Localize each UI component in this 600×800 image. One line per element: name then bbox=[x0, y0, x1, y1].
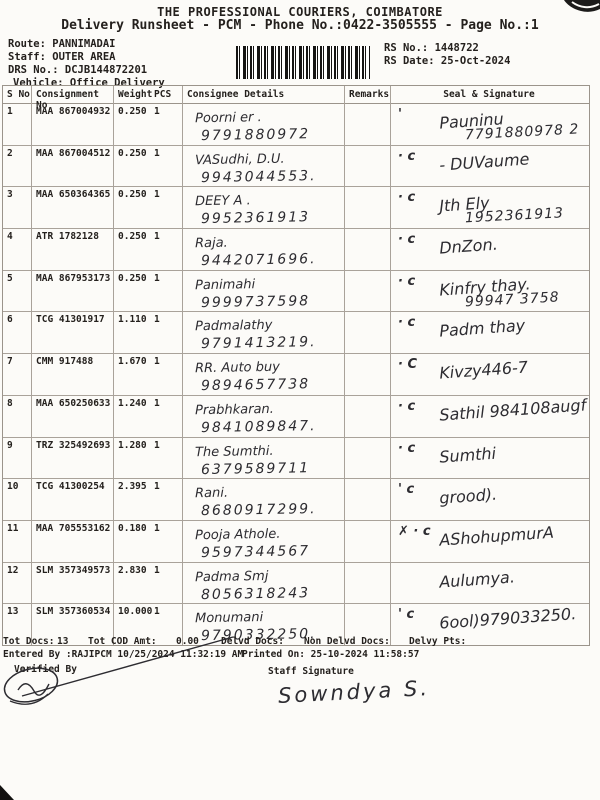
cell-sno: 9 bbox=[3, 438, 32, 479]
cell-sno: 1 bbox=[3, 104, 32, 145]
cell-seal-signature: ✗ · c AShohupmurA bbox=[391, 521, 587, 562]
cell-weight: 0.180 bbox=[114, 521, 150, 562]
cell-consignment: CMM 917488 bbox=[32, 354, 114, 395]
verified-by-tail-scribble bbox=[10, 694, 48, 704]
staff-line: Staff: OUTER AREA bbox=[8, 51, 115, 63]
staff-value: OUTER AREA bbox=[52, 51, 115, 63]
consignee-phone-handwriting: 9597344567 bbox=[187, 541, 344, 562]
table-row: 1 MAA 867004932 0.250 1 Poorni er . 9791… bbox=[3, 104, 589, 145]
cell-sno: 12 bbox=[3, 563, 32, 604]
cell-weight: 2.395 bbox=[114, 479, 150, 520]
cell-remarks bbox=[345, 563, 391, 604]
consignee-name-handwriting: Panimahi bbox=[187, 271, 344, 293]
staff-signature-label: Staff Signature bbox=[268, 666, 354, 677]
delvd-docs-label: Delvd Docs: bbox=[221, 636, 284, 647]
consignee-phone-handwriting: 6379589711 bbox=[187, 457, 344, 478]
cell-consignment: TRZ 325492693 bbox=[32, 438, 114, 479]
cell-consignment: SLM 357349573 bbox=[32, 563, 114, 604]
consignee-phone-handwriting: 9894657738 bbox=[187, 374, 344, 395]
cell-consignee: RR. Auto buy 9894657738 bbox=[183, 354, 345, 395]
cell-remarks bbox=[345, 146, 391, 187]
staff-signature-handwriting: Sowndya S. bbox=[277, 676, 430, 708]
cell-consignee: DEEY A . 9952361913 bbox=[183, 187, 345, 228]
consignee-name-handwriting: Prabhkaran. bbox=[187, 396, 344, 418]
cell-consignment: MAA 650250633 bbox=[32, 396, 114, 437]
cod-value: 0.00 bbox=[176, 636, 199, 647]
signature-handwriting: Kivzy446-7 bbox=[395, 349, 588, 383]
cell-consignee: The Sumthi. 6379589711 bbox=[183, 438, 345, 479]
table-row: 4 ATR 1782128 0.250 1 Raja. 9442071696. … bbox=[3, 228, 589, 270]
cell-consignee: Poorni er . 9791880972 bbox=[183, 104, 345, 145]
cell-sno: 2 bbox=[3, 146, 32, 187]
consignee-phone-handwriting: 9791880972 bbox=[187, 124, 344, 145]
cell-seal-signature: ' Pauninu 7791880978 2 bbox=[391, 104, 587, 145]
cell-consignee: Pooja Athole. 9597344567 bbox=[183, 521, 345, 562]
table-row: 10 TCG 41300254 2.395 1 Rani. 8680917299… bbox=[3, 478, 589, 520]
verified-by-label: Verified By bbox=[14, 664, 77, 675]
cell-remarks bbox=[345, 479, 391, 520]
table-row: 9 TRZ 325492693 1.280 1 The Sumthi. 6379… bbox=[3, 437, 589, 479]
cell-sno: 7 bbox=[3, 354, 32, 395]
drs-line: DRS No.: DCJB144872201 bbox=[8, 64, 147, 76]
cell-seal-signature: · c Sathil 984108augf bbox=[391, 396, 587, 437]
cell-consignment: MAA 650364365 bbox=[32, 187, 114, 228]
consignee-phone-handwriting: 9841089847. bbox=[187, 415, 344, 436]
signature-handwriting: DnZon. bbox=[395, 224, 588, 258]
rs-no-label: RS No.: bbox=[384, 42, 428, 54]
cell-sno: 6 bbox=[3, 312, 32, 353]
printed-on-line: Printed On: 25-10-2024 11:58:57 bbox=[242, 649, 419, 660]
cell-seal-signature: Aulumya. bbox=[391, 563, 587, 604]
runsheet-table: S No Consignment No Weight PCS Consignee… bbox=[2, 85, 590, 646]
cell-pcs: 1 bbox=[150, 229, 183, 270]
cell-pcs: 1 bbox=[150, 479, 183, 520]
staff-label: Staff: bbox=[8, 51, 46, 63]
tot-docs-value: 13 bbox=[57, 636, 68, 647]
cell-seal-signature: · c - DUVaume bbox=[391, 146, 587, 187]
cell-consignment: TCG 41301917 bbox=[32, 312, 114, 353]
cell-remarks bbox=[345, 438, 391, 479]
cell-sno: 4 bbox=[3, 229, 32, 270]
cell-weight: 1.670 bbox=[114, 354, 150, 395]
cell-consignee: Raja. 9442071696. bbox=[183, 229, 345, 270]
table-body: 1 MAA 867004932 0.250 1 Poorni er . 9791… bbox=[3, 104, 589, 645]
cell-pcs: 1 bbox=[150, 521, 183, 562]
cell-pcs: 1 bbox=[150, 312, 183, 353]
consignee-phone-handwriting: 9999737598 bbox=[187, 290, 344, 311]
delvy-pts-label: Delvy Pts: bbox=[409, 636, 466, 647]
table-row: 5 MAA 867953173 0.250 1 Panimahi 9999737… bbox=[3, 270, 589, 312]
rs-date-value: 25-Oct-2024 bbox=[441, 55, 511, 67]
cell-consignee: Padmalathy 9791413219. bbox=[183, 312, 345, 353]
cell-sno: 10 bbox=[3, 479, 32, 520]
cell-weight: 1.240 bbox=[114, 396, 150, 437]
consignee-phone-handwriting: 8680917299. bbox=[187, 499, 344, 520]
cell-consignment: MAA 705553162 bbox=[32, 521, 114, 562]
rs-date-label: RS Date: bbox=[384, 55, 435, 67]
cell-seal-signature: · c Sumthi bbox=[391, 438, 587, 479]
cell-consignee: Panimahi 9999737598 bbox=[183, 271, 345, 312]
cell-consignment: TCG 41300254 bbox=[32, 479, 114, 520]
cell-seal-signature: · C Kivzy446-7 bbox=[391, 354, 587, 395]
cell-consignment: MAA 867004512 bbox=[32, 146, 114, 187]
cell-weight: 0.250 bbox=[114, 104, 150, 145]
cell-weight: 1.110 bbox=[114, 312, 150, 353]
cell-sno: 3 bbox=[3, 187, 32, 228]
tot-docs-label: Tot Docs: bbox=[3, 636, 54, 647]
cell-weight: 0.250 bbox=[114, 146, 150, 187]
consignee-phone-handwriting: 9791413219. bbox=[187, 332, 344, 353]
route-value: PANNIMADAI bbox=[52, 38, 115, 50]
cell-consignee: Prabhkaran. 9841089847. bbox=[183, 396, 345, 437]
cell-pcs: 1 bbox=[150, 146, 183, 187]
entered-by-line: Entered By :RAJIPCM 10/25/2024 11:32:19 … bbox=[3, 649, 243, 660]
cell-seal-signature: · c Kinfry thay. 99947 3758 bbox=[391, 271, 587, 312]
cell-remarks bbox=[345, 271, 391, 312]
cell-consignment: MAA 867953173 bbox=[32, 271, 114, 312]
cell-remarks bbox=[345, 354, 391, 395]
table-row: 11 MAA 705553162 0.180 1 Pooja Athole. 9… bbox=[3, 520, 589, 562]
signature-handwriting: Padm thay bbox=[395, 308, 588, 342]
signature-handwriting: 6ool)979033250. bbox=[395, 600, 588, 634]
scan-corner-triangle-bottom-left bbox=[0, 785, 14, 800]
table-row: 2 MAA 867004512 0.250 1 VASudhi, D.U. 99… bbox=[3, 145, 589, 187]
consignee-phone-handwriting: 9952361913 bbox=[187, 207, 344, 228]
cell-weight: 1.280 bbox=[114, 438, 150, 479]
cell-consignee: Padma Smj 8056318243 bbox=[183, 563, 345, 604]
scanned-delivery-runsheet: { "header": { "title": "THE PROFESSIONAL… bbox=[0, 0, 600, 800]
rs-no-line: RS No.: 1448722 bbox=[384, 42, 479, 54]
table-row: 8 MAA 650250633 1.240 1 Prabhkaran. 9841… bbox=[3, 395, 589, 437]
cell-sno: 8 bbox=[3, 396, 32, 437]
consignee-name-handwriting: VASudhi, D.U. bbox=[187, 146, 344, 168]
cell-seal-signature: ' c grood). bbox=[391, 479, 587, 520]
table-row: 12 SLM 357349573 2.830 1 Padma Smj 80563… bbox=[3, 562, 589, 604]
signature-handwriting: grood). bbox=[395, 475, 588, 509]
cell-remarks bbox=[345, 312, 391, 353]
consignee-phone-handwriting: 9442071696. bbox=[187, 249, 344, 270]
cell-pcs: 1 bbox=[150, 354, 183, 395]
barcode-image bbox=[236, 46, 370, 79]
verified-by-initials-scribble bbox=[18, 684, 49, 695]
drs-label: DRS No.: bbox=[8, 64, 59, 76]
consignee-name-handwriting: Padma Smj bbox=[187, 563, 344, 585]
consignee-phone-handwriting: 9943044553. bbox=[187, 165, 344, 186]
cell-seal-signature: · c Jth Ely 1952361913 bbox=[391, 187, 587, 228]
cell-pcs: 1 bbox=[150, 187, 183, 228]
cell-pcs: 1 bbox=[150, 396, 183, 437]
table-row: 3 MAA 650364365 0.250 1 DEEY A . 9952361… bbox=[3, 186, 589, 228]
cell-seal-signature: · c DnZon. bbox=[391, 229, 587, 270]
doc-title: THE PROFESSIONAL COURIERS, COIMBATORE bbox=[0, 5, 600, 19]
signature-handwriting: Sumthi bbox=[395, 433, 588, 467]
cell-sno: 5 bbox=[3, 271, 32, 312]
cell-consignee: Rani. 8680917299. bbox=[183, 479, 345, 520]
consignee-name-handwriting: The Sumthi. bbox=[187, 438, 344, 460]
signature-handwriting: - DUVaume bbox=[395, 141, 588, 175]
table-row: 6 TCG 41301917 1.110 1 Padmalathy 979141… bbox=[3, 311, 589, 353]
cell-remarks bbox=[345, 521, 391, 562]
drs-value: DCJB144872201 bbox=[65, 64, 147, 76]
rs-date-line: RS Date: 25-Oct-2024 bbox=[384, 55, 510, 67]
signature-handwriting: Sathil 984108augf bbox=[395, 391, 588, 425]
cell-weight: 2.830 bbox=[114, 563, 150, 604]
cell-pcs: 1 bbox=[150, 563, 183, 604]
cell-pcs: 1 bbox=[150, 271, 183, 312]
cell-remarks bbox=[345, 104, 391, 145]
cod-label: Tot COD Amt: bbox=[88, 636, 157, 647]
route-label: Route: bbox=[8, 38, 46, 50]
cell-consignment: MAA 867004932 bbox=[32, 104, 114, 145]
cell-remarks bbox=[345, 187, 391, 228]
cell-weight: 0.250 bbox=[114, 271, 150, 312]
cell-weight: 0.250 bbox=[114, 229, 150, 270]
route-line: Route: PANNIMADAI bbox=[8, 38, 115, 50]
non-delvd-docs-label: Non Delvd Docs: bbox=[304, 636, 390, 647]
table-row: 7 CMM 917488 1.670 1 RR. Auto buy 989465… bbox=[3, 353, 589, 395]
consignee-name-handwriting: Pooja Athole. bbox=[187, 522, 344, 544]
cell-seal-signature: · c Padm thay bbox=[391, 312, 587, 353]
cell-consignment: ATR 1782128 bbox=[32, 229, 114, 270]
cell-remarks bbox=[345, 396, 391, 437]
consignee-phone-handwriting: 8056318243 bbox=[187, 582, 344, 603]
doc-subtitle: Delivery Runsheet - PCM - Phone No.:0422… bbox=[0, 18, 600, 33]
cell-remarks bbox=[345, 229, 391, 270]
cell-weight: 0.250 bbox=[114, 187, 150, 228]
signature-handwriting: Aulumya. bbox=[395, 558, 588, 592]
cell-sno: 11 bbox=[3, 521, 32, 562]
cell-pcs: 1 bbox=[150, 104, 183, 145]
cell-pcs: 1 bbox=[150, 438, 183, 479]
signature-handwriting: AShohupmurA bbox=[395, 516, 588, 550]
rs-no-value: 1448722 bbox=[435, 42, 479, 54]
cell-consignee: VASudhi, D.U. 9943044553. bbox=[183, 146, 345, 187]
table-header-row: S No Consignment No Weight PCS Consignee… bbox=[3, 86, 589, 104]
